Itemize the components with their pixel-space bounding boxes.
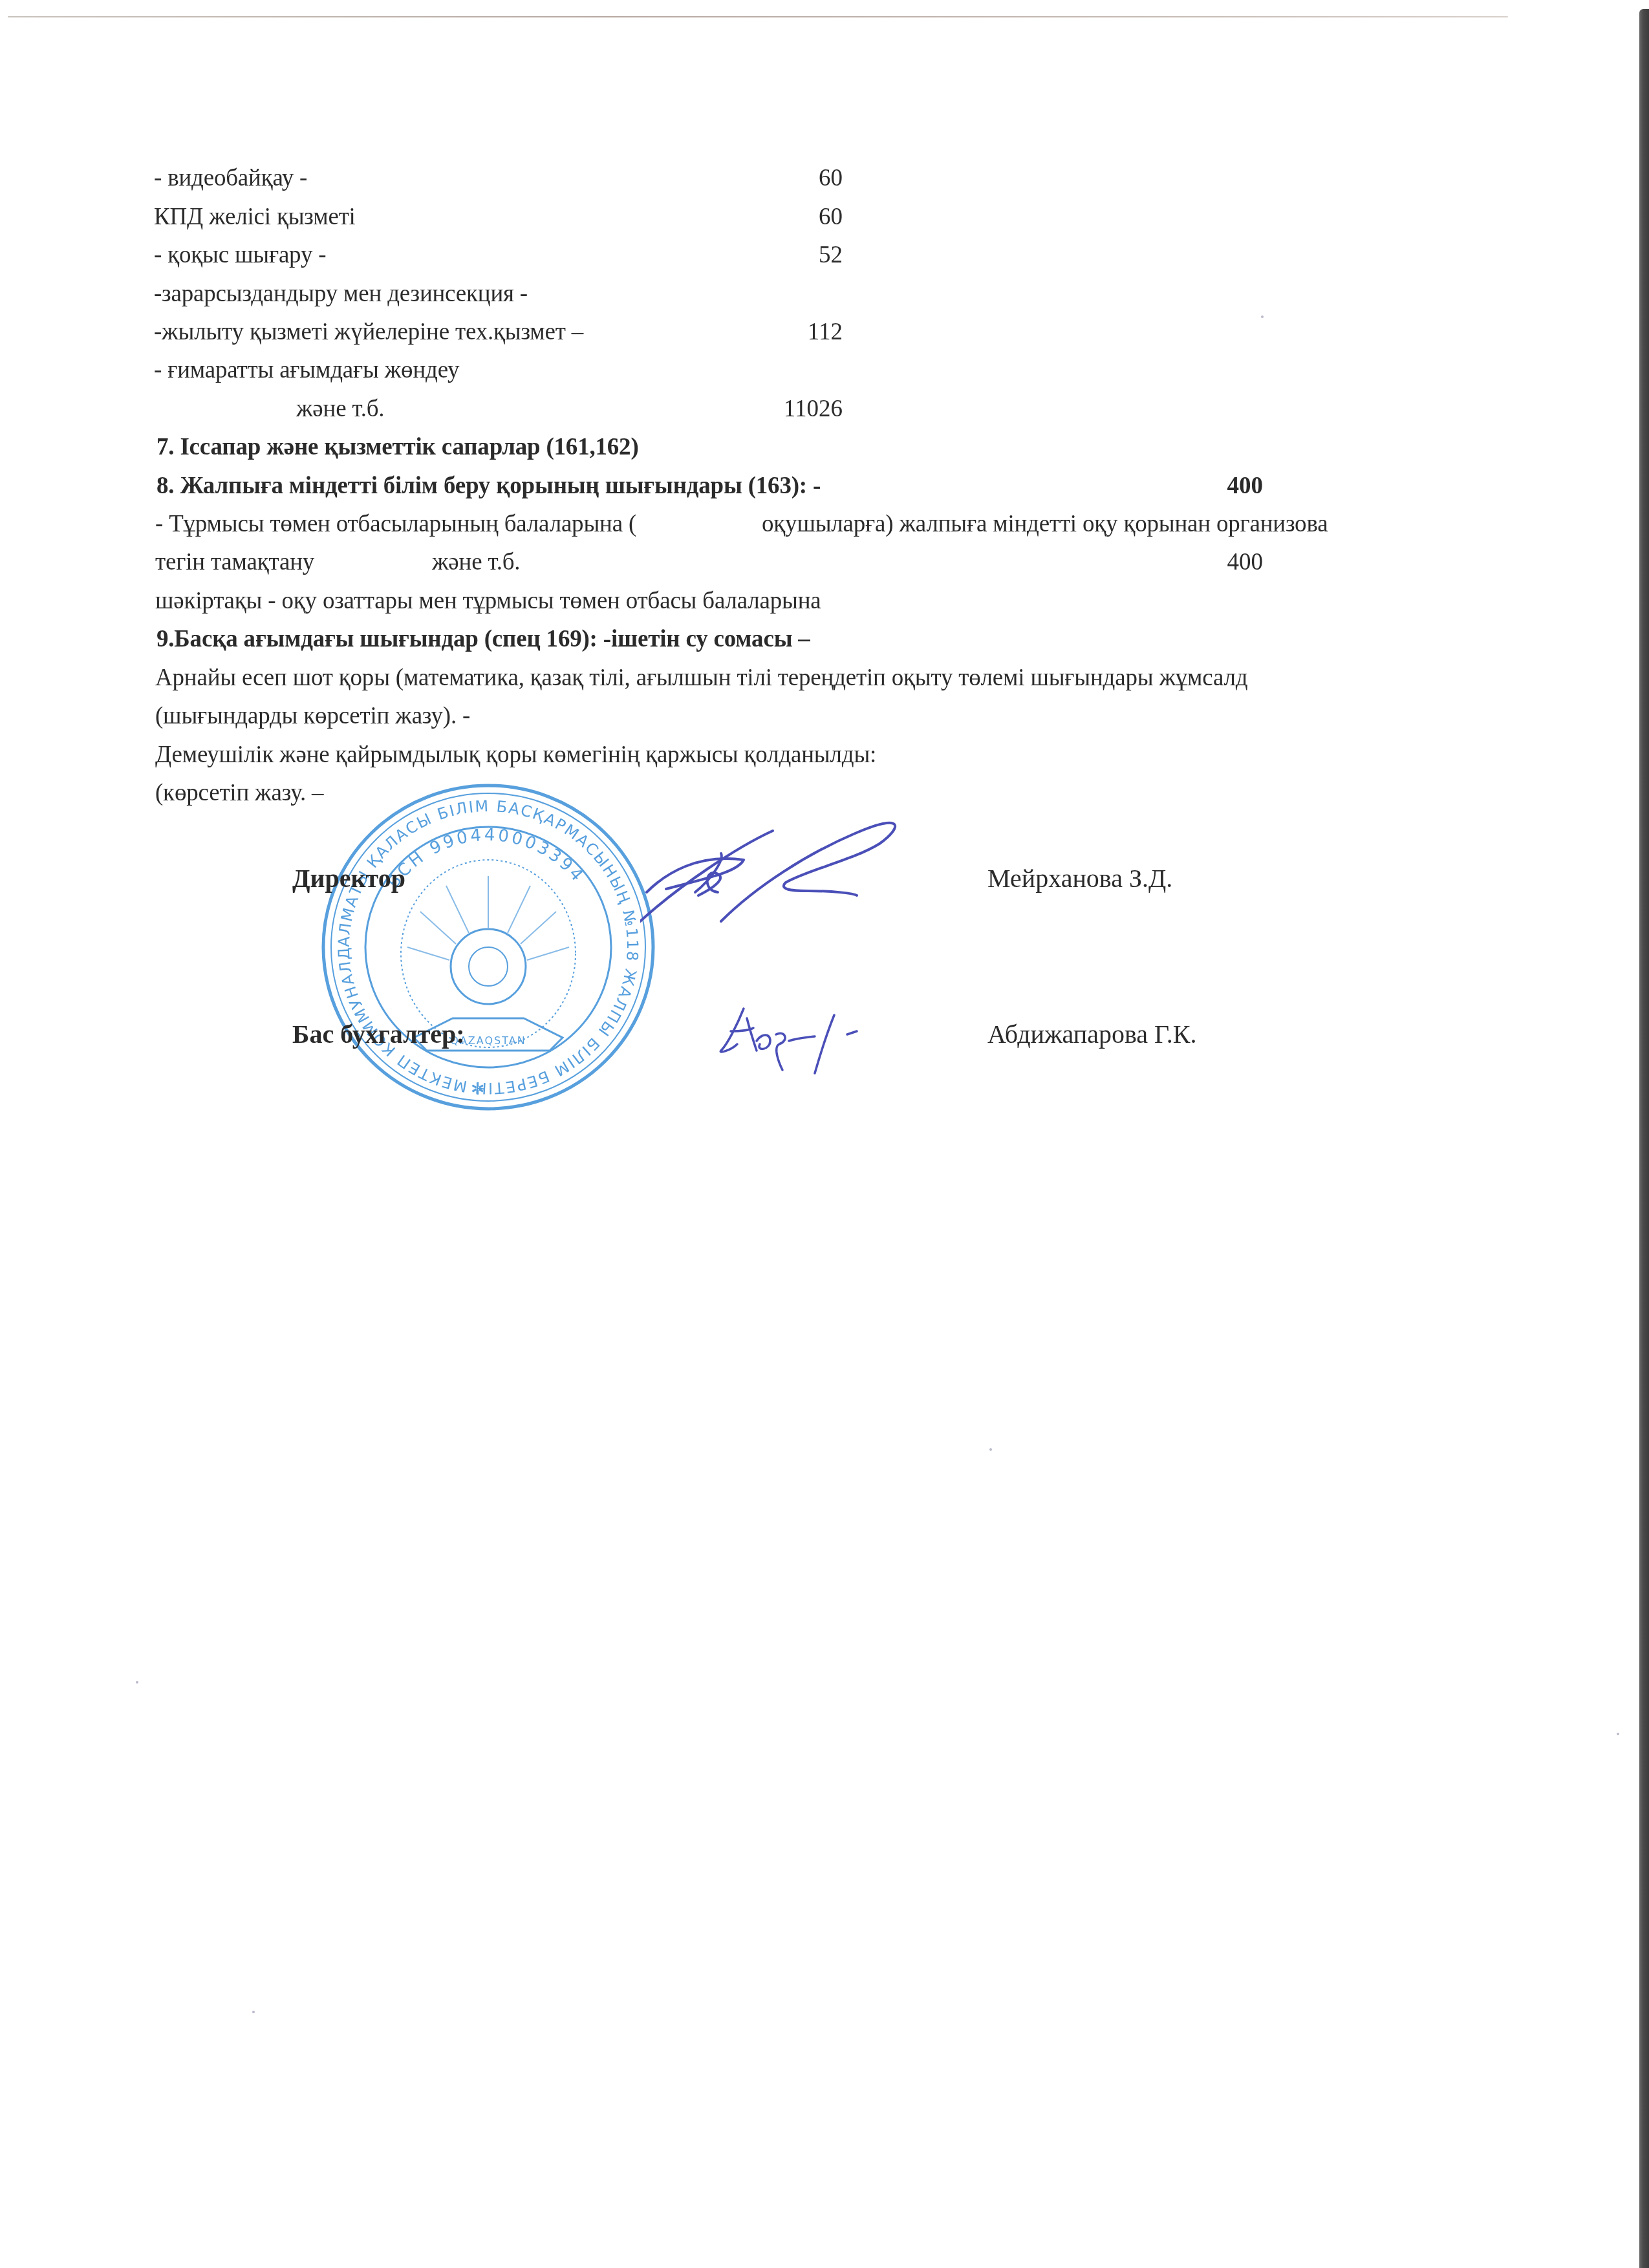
section-8-total: 400 — [1134, 472, 1263, 500]
item-value: 60 — [713, 164, 843, 193]
section-7-title: 7. Іссапар және қызметтік сапарлар (161,… — [156, 433, 639, 462]
chief-accountant-name: Абдижапарова Г.К. — [987, 1020, 1196, 1049]
item-label: - қоқыс шығару - — [154, 241, 326, 270]
accountant-signature-icon — [718, 1005, 886, 1076]
special-fund-note: (шығындарды көрсетіп жазу). - — [155, 702, 470, 731]
scan-speck — [252, 2011, 255, 2013]
section-8-line3: шәкіртақы - оқу озаттары мен тұрмысы төм… — [155, 587, 821, 615]
scan-speck — [136, 1681, 138, 1684]
sponsorship-line: Демеушілік және қайрымдылық қоры көмегін… — [155, 741, 876, 769]
scan-speck — [1617, 1733, 1619, 1735]
special-fund-line: Арнайы есеп шот қоры (математика, қазақ … — [155, 664, 1247, 692]
chief-accountant-label: Бас бухгалтер: — [292, 1020, 465, 1049]
item-label: -зарарсыздандыру мен дезинсекция - — [154, 280, 528, 308]
item-value: 52 — [713, 241, 843, 270]
section-8-line1b: оқушыларға) жалпыға міндетті оқу қорынан… — [762, 510, 1328, 539]
director-name: Мейрханова З.Д. — [987, 864, 1172, 893]
scan-speck — [989, 1448, 992, 1451]
item-label: -жылыту қызметі жүйелеріне тех.қызмет – — [154, 318, 583, 347]
item-value: 11026 — [713, 395, 843, 423]
section-9-title: 9.Басқа ағымдағы шығындар (спец 169): -і… — [156, 625, 810, 654]
item-label: және т.б. — [296, 395, 384, 423]
scan-top-edge — [8, 16, 1508, 17]
item-value: 60 — [713, 203, 843, 231]
item-value: 112 — [713, 318, 843, 347]
section-8-line2-value: 400 — [1134, 548, 1263, 577]
director-signature-icon — [640, 808, 918, 937]
scan-right-border — [1639, 9, 1649, 2268]
section-8-line1a: - Тұрмысы төмен отбасыларының балаларына… — [155, 510, 636, 539]
item-label: - ғимаратты ағымдағы жөндеу — [154, 356, 459, 385]
svg-text:✲: ✲ — [471, 1080, 485, 1099]
section-8-line2b: және т.б. — [432, 548, 520, 577]
sponsorship-note: (көрсетіп жазу. – — [155, 779, 323, 808]
official-stamp-icon: АЛМАТЫ ҚАЛАСЫ БІЛІМ БАСҚАРМАСЫНЫҢ №118 Ж… — [317, 779, 660, 1115]
director-label: Директор — [292, 864, 405, 893]
item-label: - видеобайқау - — [154, 164, 307, 193]
section-8-title: 8. Жалпыға міндетті білім беру қорының ш… — [156, 472, 821, 500]
section-8-line2a: тегін тамақтану — [155, 548, 314, 577]
scan-speck — [1261, 316, 1264, 318]
item-label: КПД желісі қызметі — [154, 203, 356, 231]
